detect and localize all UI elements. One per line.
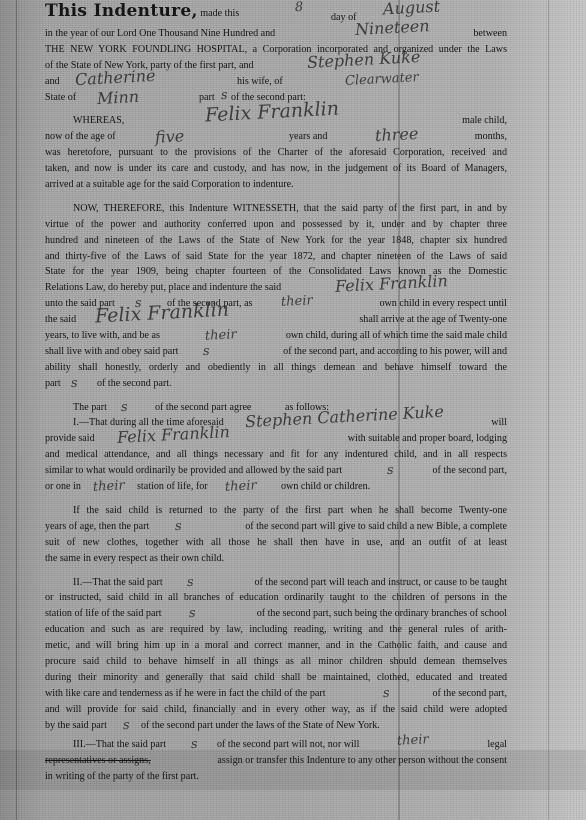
- handwritten-suffix: s: [383, 686, 390, 702]
- text-line: years of age, then the part s of the sec…: [45, 519, 507, 535]
- text: own child in every respect until: [379, 296, 507, 312]
- indenture-document: This Indenture, made this 8 day of Augus…: [45, 4, 507, 785]
- text: in the year of our Lord One Thousand Nin…: [45, 28, 275, 39]
- handwritten-suffix: s: [191, 737, 198, 753]
- handwritten-child-name: Felix Franklin: [205, 102, 340, 125]
- handwritten-child-name: Felix Franklin: [335, 273, 449, 295]
- handwritten-suffix: s: [121, 399, 128, 415]
- text: between: [473, 26, 507, 42]
- text: now of the age of: [45, 131, 116, 142]
- text-line: virtue of the power and authority confer…: [45, 217, 507, 233]
- handwritten-husband: Stephen Kuke: [307, 49, 421, 71]
- text: State of: [45, 92, 76, 103]
- page-edge: [16, 0, 17, 820]
- handwritten-suffix: s: [387, 463, 394, 479]
- handwritten-state: Minn: [97, 88, 140, 106]
- text: day of: [331, 10, 357, 26]
- text-line: representatives or assigns, assign or tr…: [45, 753, 507, 769]
- text-line: hundred and nineteen of the Laws of the …: [45, 233, 507, 249]
- text: years of age, then the part: [45, 521, 149, 532]
- handwritten-year: Nineteen: [355, 18, 430, 38]
- text: own child, during all of which time the …: [286, 328, 507, 344]
- text-line: the said Felix Franklin shall arrive at …: [45, 312, 507, 328]
- text-line: procure said child to behave himself in …: [45, 654, 507, 670]
- text-line: III.—That the said part s of the second …: [45, 737, 507, 753]
- text: of the second part, and according to his…: [283, 344, 507, 360]
- text: provide said: [45, 433, 95, 444]
- text: of the second part.: [97, 376, 172, 392]
- text-line: arrived at a suitable age for the said C…: [45, 177, 507, 193]
- text: of the second part will not, nor will: [217, 737, 359, 753]
- text-line: years, to live with, and be as their own…: [45, 328, 507, 344]
- text-line: and thirty-five of the Laws of said Stat…: [45, 249, 507, 265]
- text-line: II.—That the said part s of the second p…: [45, 575, 507, 591]
- handwritten-their: their: [397, 733, 429, 751]
- text-line: Relations Law, do hereby put, place and …: [45, 280, 507, 296]
- text: of the second part, such being the ordin…: [257, 606, 507, 622]
- text: male child,: [462, 113, 507, 129]
- text: II.—That the said part: [73, 577, 163, 588]
- text: years and: [289, 129, 327, 145]
- text-line: during their minority and generally that…: [45, 670, 507, 686]
- text: with like care and tenderness as if he w…: [45, 688, 326, 699]
- text: of the second part under the laws of the…: [141, 718, 380, 734]
- text-line: ability shall honestly, orderly and obed…: [45, 360, 507, 376]
- text: with suitable and proper board, lodging: [348, 431, 507, 447]
- text-line: education and such as are required by la…: [45, 622, 507, 638]
- text-line: station of life of the said part s of th…: [45, 606, 507, 622]
- handwritten-their: their: [281, 293, 313, 311]
- text-line: or instructed, said child in all branche…: [45, 590, 507, 606]
- text: or one in: [45, 481, 81, 492]
- text-line: with like care and tenderness as if he w…: [45, 686, 507, 702]
- handwritten-child-name: Felix Franklin: [95, 303, 230, 326]
- text-line: now of the age of five years and three m…: [45, 129, 507, 145]
- text: of the second part agree: [155, 400, 251, 416]
- text-line: metic, and will bring him up in a moral …: [45, 638, 507, 654]
- text-line: by the said part s of the second part un…: [45, 718, 507, 734]
- fold-crease: [548, 0, 549, 820]
- text: of the second part,: [432, 686, 507, 702]
- handwritten-their: their: [225, 478, 257, 496]
- text-line: and will provide for said child, financi…: [45, 702, 507, 718]
- text: by the said part: [45, 720, 107, 731]
- text-line: I.—That during all the time aforesaid St…: [45, 415, 507, 431]
- handwritten-wife: Catherine: [75, 68, 156, 88]
- text: years, to live with, and be as: [45, 330, 160, 341]
- handwritten-suffix: s: [175, 519, 182, 535]
- text: part: [45, 378, 61, 389]
- text: own child or children.: [281, 479, 370, 495]
- handwritten-suffix: s: [221, 87, 228, 103]
- text: made this: [200, 8, 239, 19]
- handwritten-suffix: s: [123, 717, 130, 733]
- text-line: taken, and now is under its care and cus…: [45, 161, 507, 177]
- text: III.—That the said part: [73, 739, 166, 750]
- text: of the second part,: [432, 463, 507, 479]
- text-line: If the said child is returned to the par…: [45, 503, 507, 519]
- text-line: or one in their station of life, for the…: [45, 479, 507, 495]
- text: The part: [73, 402, 107, 413]
- text-line: and medical attendance, and all things n…: [45, 447, 507, 463]
- handwritten-their: their: [205, 327, 237, 345]
- handwritten-child-name: Felix Franklin: [117, 424, 231, 446]
- text-line: part s of the second part.: [45, 376, 507, 392]
- handwritten-their: their: [93, 478, 125, 496]
- handwritten-suffix: s: [187, 574, 194, 590]
- handwritten-age-months: three: [375, 126, 419, 144]
- text-line: was heretofore, pursuant to the provisio…: [45, 145, 507, 161]
- text: of the second part will teach and instru…: [254, 575, 507, 591]
- handwritten-age-years: five: [155, 129, 185, 146]
- handwritten-suffix: s: [189, 606, 196, 622]
- text-line: the same in every respect as their own c…: [45, 551, 507, 567]
- text: shall arrive at the age of Twenty-one: [359, 312, 507, 328]
- text: the said: [45, 314, 76, 325]
- handwritten-month: August: [383, 0, 441, 17]
- handwritten-place: Clearwater: [345, 70, 420, 90]
- text-line: THE NEW YORK FOUNDLING HOSPITAL, a Corpo…: [45, 42, 507, 58]
- text-line: shall live with and obey said part s of …: [45, 344, 507, 360]
- text: shall live with and obey said part: [45, 346, 178, 357]
- title-line: This Indenture, made this 8 day of Augus…: [45, 4, 507, 26]
- text-line: provide said Felix Franklin with suitabl…: [45, 431, 507, 447]
- text: assign or transfer this Indenture to any…: [217, 753, 507, 769]
- text: and: [45, 76, 60, 87]
- text-line: in writing of the party of the first par…: [45, 769, 507, 785]
- text: WHEREAS,: [73, 115, 124, 126]
- text-line: WHEREAS, Felix Franklin male child,: [45, 113, 507, 129]
- text-line: in the year of our Lord One Thousand Nin…: [45, 26, 507, 42]
- text: station of life, for: [137, 479, 208, 495]
- text-line: similar to what would ordinarily be prov…: [45, 463, 507, 479]
- text: will: [491, 415, 507, 431]
- scanned-page: This Indenture, made this 8 day of Augus…: [0, 0, 586, 820]
- struck-text: representatives or assigns,: [45, 755, 151, 766]
- text: similar to what would ordinarily be prov…: [45, 465, 342, 476]
- text: Relations Law, do hereby put, place and …: [45, 282, 281, 293]
- text: of the second part will give to said chi…: [245, 519, 507, 535]
- text-line: suit of new clothes, together with all t…: [45, 535, 507, 551]
- text: station of life of the said part: [45, 608, 162, 619]
- handwritten-suffix: s: [203, 344, 210, 360]
- text: legal: [487, 737, 507, 753]
- handwritten-suffix: s: [71, 376, 78, 392]
- text: months,: [475, 129, 507, 145]
- handwritten-day: 8: [295, 0, 304, 16]
- document-title: This Indenture,: [45, 1, 198, 21]
- text-line: NOW, THEREFORE, this Indenture WITNESSET…: [45, 201, 507, 217]
- text: his wife, of: [237, 74, 283, 90]
